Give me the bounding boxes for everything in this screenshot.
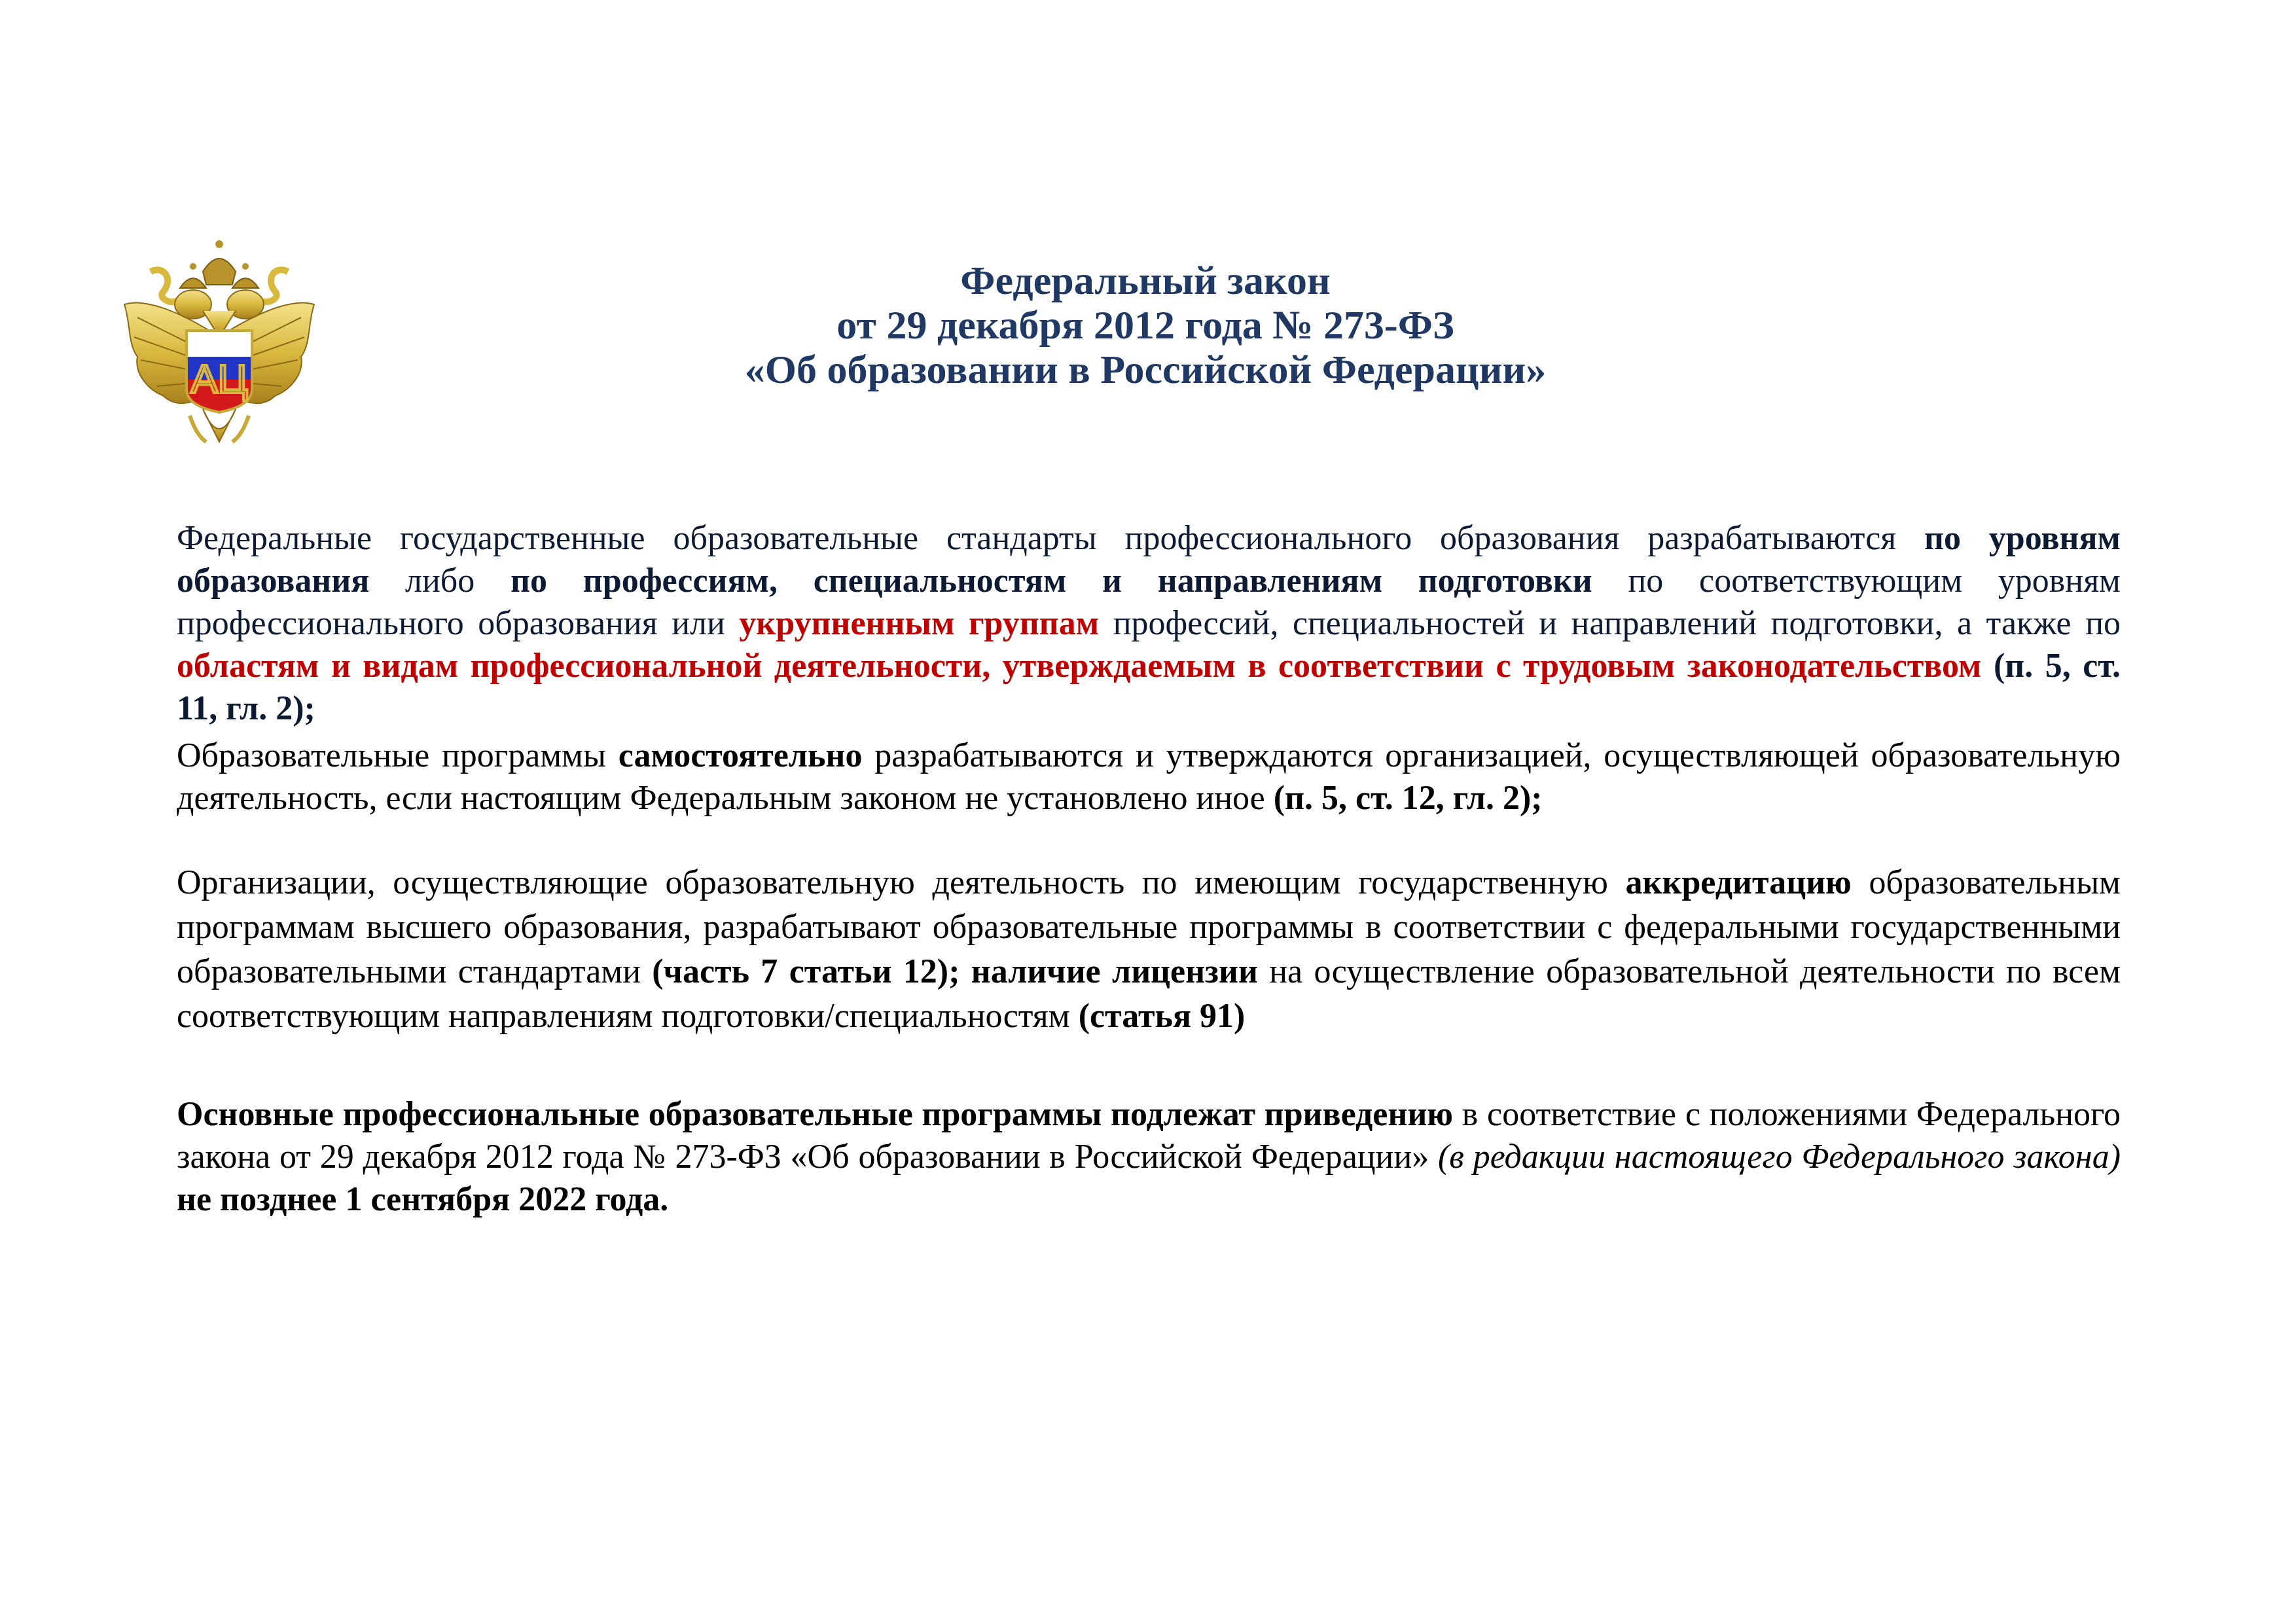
text: либо bbox=[369, 562, 511, 600]
law-reference: (часть 7 статьи 12); bbox=[652, 953, 960, 990]
text: профессий, специальностей и направлений … bbox=[1099, 605, 2121, 642]
bold-text: по профессиям, специальностям и направле… bbox=[511, 562, 1592, 600]
bold-text: аккредитацию bbox=[1626, 864, 1852, 901]
bold-text: Основные профессиональные образовательны… bbox=[177, 1096, 1453, 1133]
bold-text: наличие лицензии bbox=[971, 953, 1258, 990]
text: Образовательные программы bbox=[177, 737, 619, 774]
text: Организации, осуществляющие образователь… bbox=[177, 864, 1626, 901]
eagle-emblem-icon: АЦ bbox=[111, 232, 327, 455]
document-title: Федеральный закон от 29 декабря 2012 год… bbox=[458, 259, 1833, 392]
paragraph-standards: Федеральные государственные образователь… bbox=[177, 517, 2121, 730]
deadline-text: не позднее 1 сентября 2022 года. bbox=[177, 1181, 668, 1218]
red-highlight-text: областям и видам профессиональной деятел… bbox=[177, 647, 1981, 685]
paragraph-deadline: Основные профессиональные образовательны… bbox=[177, 1093, 2121, 1221]
text bbox=[1981, 647, 1994, 685]
red-highlight-text: укрупненным группам bbox=[739, 605, 1099, 642]
title-line-2: от 29 декабря 2012 года № 273-ФЗ bbox=[458, 303, 1833, 348]
bold-text: самостоятельно bbox=[619, 737, 863, 774]
paragraph-accreditation: Организации, осуществляющие образователь… bbox=[177, 861, 2121, 1039]
paragraph-programs: Образовательные программы самостоятельно… bbox=[177, 734, 2121, 820]
title-line-3: «Об образовании в Российской Федерации» bbox=[458, 348, 1833, 392]
law-reference: (статья 91) bbox=[1079, 998, 1246, 1035]
italic-note: (в редакции настоящего Федерального зако… bbox=[1438, 1138, 2121, 1176]
title-line-1: Федеральный закон bbox=[458, 259, 1833, 303]
law-reference: (п. 5, ст. 12, гл. 2); bbox=[1274, 780, 1543, 817]
svg-text:АЦ: АЦ bbox=[190, 357, 247, 402]
emblem-logo: АЦ bbox=[111, 232, 327, 455]
text: Федеральные государственные образователь… bbox=[177, 520, 1924, 557]
